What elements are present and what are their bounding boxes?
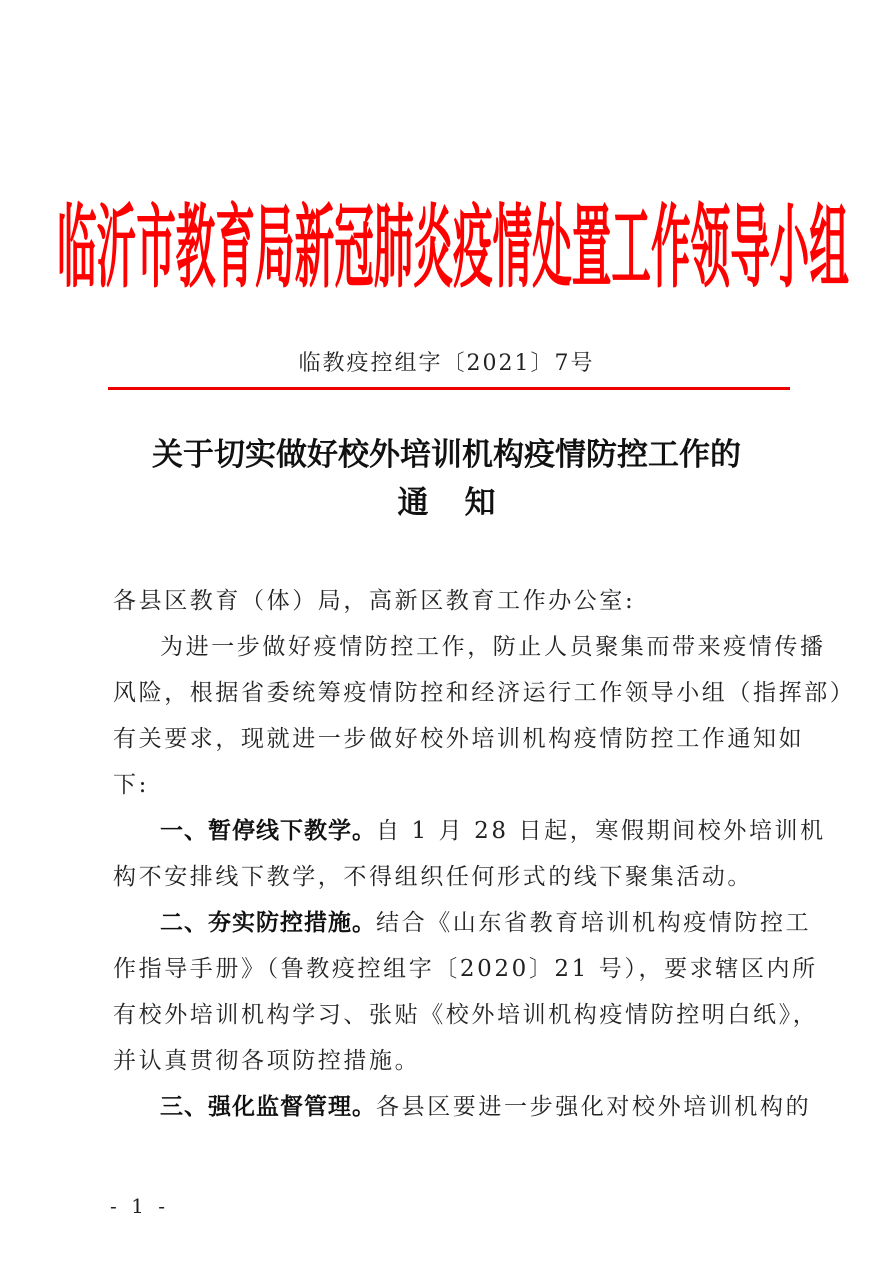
salutation: 各县区教育（体）局，高新区教育工作办公室:: [113, 578, 635, 624]
section-3-heading: 三、强化监督管理。: [160, 1094, 376, 1120]
issuer-header: 临沂市教育局新冠肺炎疫情处置工作领导小组: [108, 198, 798, 302]
section-2-heading: 二、夯实防控措施。: [160, 910, 376, 936]
section-2-line-4: 并认真贯彻各项防控措施。: [113, 1038, 420, 1084]
section-2-line-1: 二、夯实防控措施。结合《山东省教育培训机构疫情防控工: [160, 900, 811, 946]
section-2-text: 结合《山东省教育培训机构疫情防控工: [376, 910, 811, 936]
section-3-line-1: 三、强化监督管理。各县区要进一步强化对校外培训机构的: [160, 1084, 811, 1130]
document-title-line-1: 关于切实做好校外培训机构疫情防控工作的: [0, 435, 893, 475]
section-2-line-3: 有校外培训机构学习、张贴《校外培训机构疫情防控明白纸》，: [113, 992, 818, 1038]
document-number: 临教疫控组字〔2021〕7号: [0, 349, 893, 379]
document-title-line-2: 通知: [0, 483, 893, 523]
section-2-line-2: 作指导手册》（鲁教疫控组字〔2020〕21 号），要求辖区内所: [113, 946, 818, 992]
section-1-line-1: 一、暂停线下教学。自 1 月 28 日起，寒假期间校外培训机: [160, 808, 826, 854]
section-1-heading: 一、暂停线下教学。: [160, 818, 376, 844]
section-1-line-2: 构不安排线下教学，不得组织任何形式的线下聚集活动。: [113, 854, 753, 900]
intro-line: 下:: [113, 762, 149, 808]
issuer-header-text: 临沂市教育局新冠肺炎疫情处置工作领导小组: [57, 205, 849, 295]
intro-line: 有关要求，现就进一步做好校外培训机构疫情防控工作通知如: [113, 716, 804, 762]
red-divider-rule: [108, 387, 790, 390]
page-number: - 1 -: [110, 1194, 169, 1218]
intro-line: 风险，根据省委统筹疫情防控和经济运行工作领导小组（指挥部）: [113, 670, 855, 716]
section-1-text: 自 1 月 28 日起，寒假期间校外培训机: [376, 818, 826, 844]
section-3-text: 各县区要进一步强化对校外培训机构的: [376, 1094, 811, 1120]
document-page: 临沂市教育局新冠肺炎疫情处置工作领导小组 临教疫控组字〔2021〕7号 关于切实…: [0, 0, 893, 1272]
intro-line: 为进一步做好疫情防控工作，防止人员聚集而带来疫情传播: [160, 624, 826, 670]
